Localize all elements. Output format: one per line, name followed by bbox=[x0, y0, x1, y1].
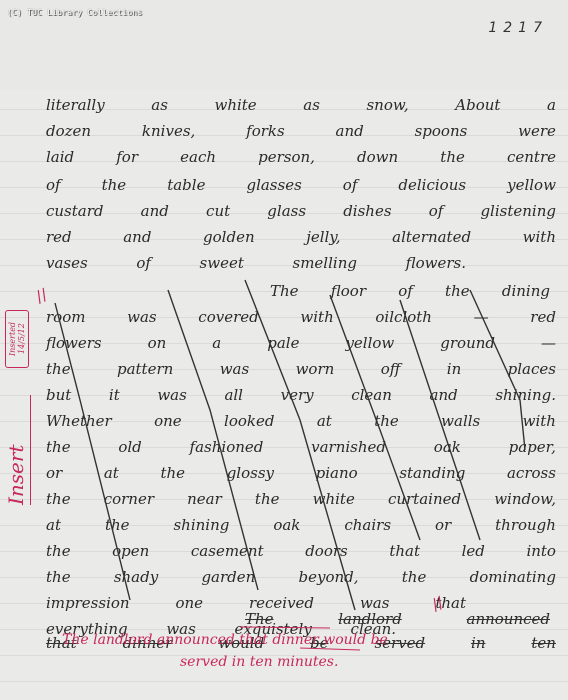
manuscript-page: (C) TUC Library Collections 1217 literal… bbox=[0, 0, 568, 700]
deletion-strokes bbox=[0, 0, 568, 700]
